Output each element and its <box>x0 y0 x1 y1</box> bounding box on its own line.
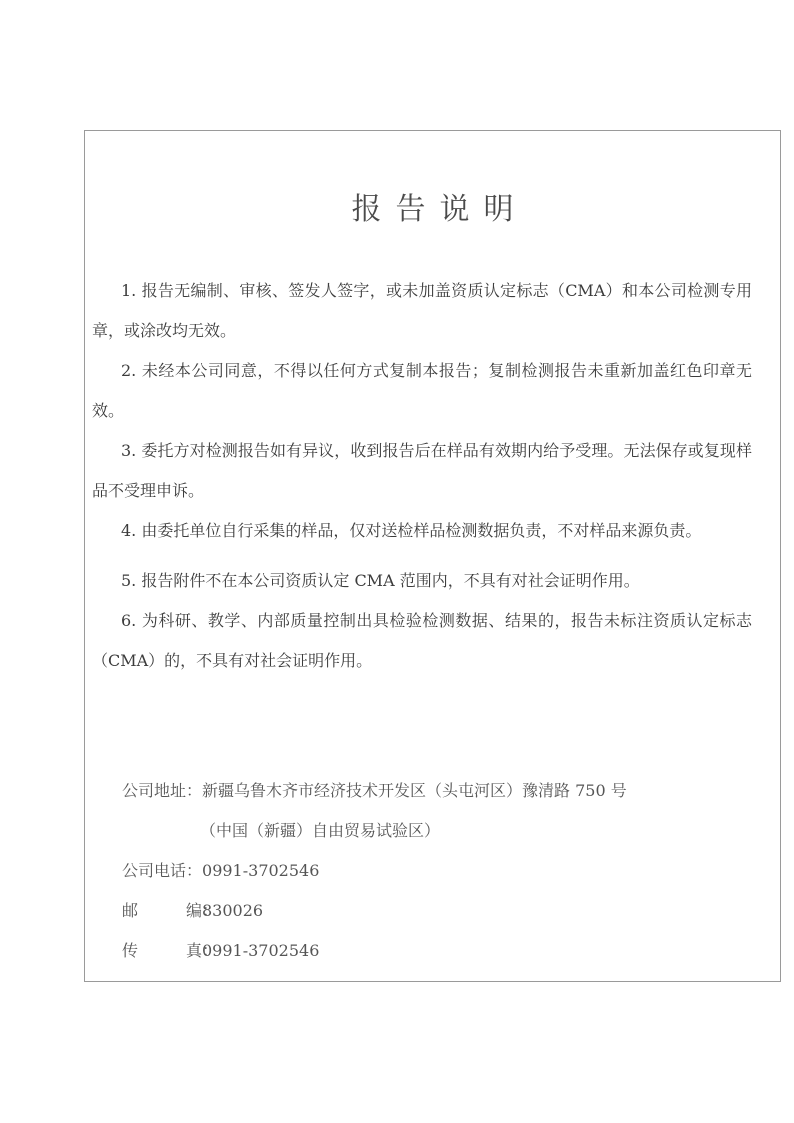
address-line1: 新疆乌鲁木齐市经济技术开发区（头屯河区）豫清路 750 号 <box>202 781 627 800</box>
fax-row: 传真：0991-3702546 <box>122 931 742 971</box>
fax-label: 传真： <box>122 931 202 971</box>
note-item-5: 5. 报告附件不在本公司资质认定 CMA 范围内，不具有对社会证明作用。 <box>92 561 752 601</box>
postcode-row: 邮编：830026 <box>122 891 742 931</box>
phone-row: 公司电话：0991-3702546 <box>122 851 742 891</box>
contact-info: 公司地址：新疆乌鲁木齐市经济技术开发区（头屯河区）豫清路 750 号 （中国（新… <box>122 771 742 971</box>
address-label: 公司地址： <box>122 771 202 811</box>
document-title: 报告说明 <box>85 184 780 228</box>
note-item-6: 6. 为科研、教学、内部质量控制出具检验检测数据、结果的，报告未标注资质认定标志… <box>92 601 752 681</box>
address-row: 公司地址：新疆乌鲁木齐市经济技术开发区（头屯河区）豫清路 750 号 <box>122 771 742 811</box>
address-line2: （中国（新疆）自由贸易试验区） <box>200 821 440 840</box>
phone-label: 公司电话： <box>122 851 202 891</box>
page-frame: 报告说明 1. 报告无编制、审核、签发人签字，或未加盖资质认定标志（CMA）和本… <box>84 130 781 982</box>
note-item-3: 3. 委托方对检测报告如有异议，收到报告后在样品有效期内给予受理。无法保存或复现… <box>92 431 752 511</box>
notes-list: 1. 报告无编制、审核、签发人签字，或未加盖资质认定标志（CMA）和本公司检测专… <box>92 271 752 681</box>
address-row-2: （中国（新疆）自由贸易试验区） <box>122 811 742 851</box>
note-item-2: 2. 未经本公司同意，不得以任何方式复制本报告；复制检测报告未重新加盖红色印章无… <box>92 351 752 431</box>
postcode-value: 830026 <box>202 901 263 920</box>
fax-value: 0991-3702546 <box>202 941 319 960</box>
phone-value: 0991-3702546 <box>202 861 319 880</box>
note-item-1: 1. 报告无编制、审核、签发人签字，或未加盖资质认定标志（CMA）和本公司检测专… <box>92 271 752 351</box>
note-item-4: 4. 由委托单位自行采集的样品，仅对送检样品检测数据负责，不对样品来源负责。 <box>92 511 752 551</box>
postcode-label: 邮编： <box>122 891 202 931</box>
